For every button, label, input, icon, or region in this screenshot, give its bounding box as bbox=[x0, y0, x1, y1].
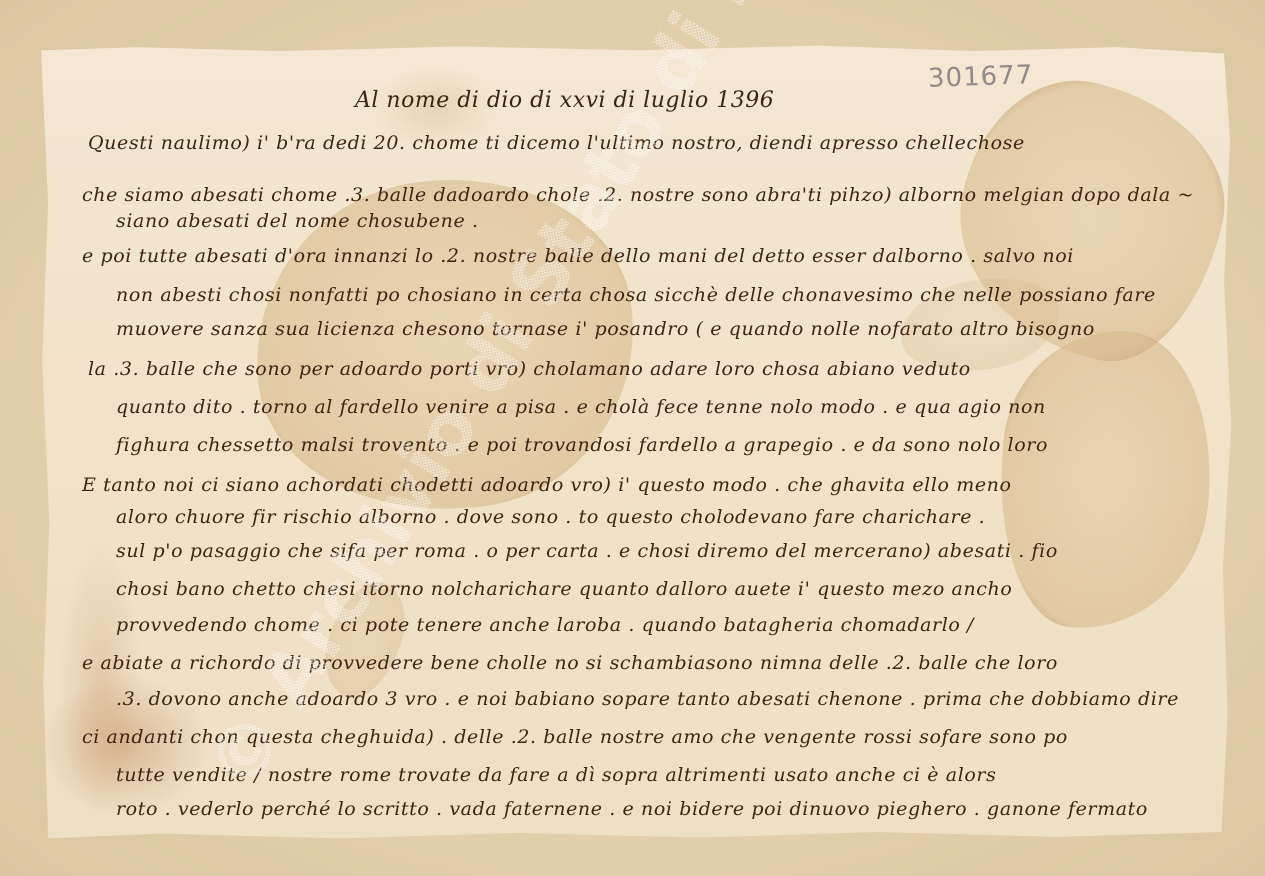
archive-number: 301677 bbox=[928, 60, 1034, 94]
manuscript-line: Questi naulimo) i' b'ra dedi 20. chome t… bbox=[88, 132, 1025, 154]
manuscript-line: fighura chessetto malsi trovento . e poi… bbox=[116, 434, 1048, 456]
manuscript-line: sul p'o pasaggio che sifa per roma . o p… bbox=[116, 540, 1058, 562]
manuscript-line: chosi bano chetto chesi itorno nolcharic… bbox=[116, 578, 1012, 600]
manuscript-line: provvedendo chome . ci pote tenere anche… bbox=[116, 614, 974, 636]
manuscript-line: e abiate a richordo di provvedere bene c… bbox=[82, 652, 1058, 674]
letter-heading: Al nome di dio di xxvi di luglio 1396 bbox=[355, 88, 774, 113]
manuscript-line: quanto dito . torno al fardello venire a… bbox=[116, 396, 1046, 418]
manuscript-line: muovere sanza sua licienza chesono torna… bbox=[116, 318, 1095, 340]
manuscript-line: siano abesati del nome chosubene . bbox=[116, 210, 479, 232]
manuscript-line: roto . vederlo perché lo scritto . vada … bbox=[116, 798, 1148, 820]
manuscript-line: E tanto noi ci siano achordati chodetti … bbox=[82, 474, 1012, 496]
manuscript-line: non abesti chosi nonfatti po chosiano in… bbox=[116, 284, 1156, 306]
manuscript-line: aloro chuore fir rischio alborno . dove … bbox=[116, 506, 985, 528]
